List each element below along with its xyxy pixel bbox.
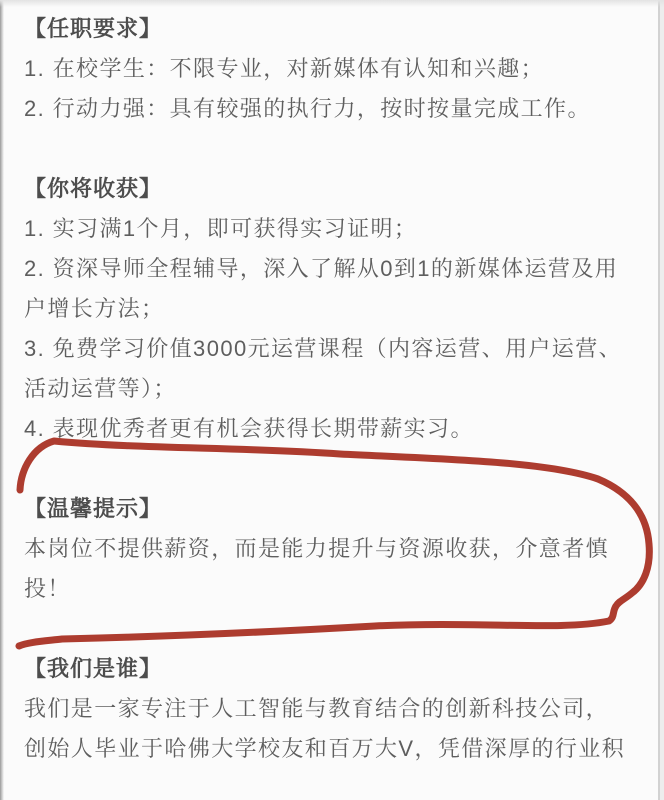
section-heading-warm-notice: 【温馨提示】 [24,489,652,529]
text-line: 创始人毕业于哈佛大学校友和百万大V，凭借深厚的行业积 [24,729,652,769]
photo-edge-left [0,0,4,800]
text-line: 4. 表现优秀者更有机会获得长期带薪实习。 [24,409,652,449]
section-heading-job-requirements: 【任职要求】 [24,9,652,49]
text-line: 3. 免费学习价值3000元运营课程（内容运营、用户运营、 [24,329,652,369]
job-posting-document: 【任职要求】 1. 在校学生：不限专业，对新媒体有认知和兴趣； 2. 行动力强：… [24,9,652,769]
section-heading-who-we-are: 【我们是谁】 [24,649,652,689]
section-who-we-are: 【我们是谁】 我们是一家专注于人工智能与教育结合的创新科技公司， 创始人毕业于哈… [24,649,652,769]
text-line: 1. 实习满1个月，即可获得实习证明； [24,209,652,249]
text-line: 2. 行动力强：具有较强的执行力，按时按量完成工作。 [24,89,652,129]
section-warm-notice: 【温馨提示】 本岗位不提供薪资，而是能力提升与资源收获，介意者慎 投！ [24,489,652,609]
section-what-you-gain: 【你将收获】 1. 实习满1个月，即可获得实习证明； 2. 资深导师全程辅导，深… [24,169,652,449]
text-line: 1. 在校学生：不限专业，对新媒体有认知和兴趣； [24,49,652,89]
text-line: 本岗位不提供薪资，而是能力提升与资源收获，介意者慎 [24,529,652,569]
text-line: 2. 资深导师全程辅导，深入了解从0到1的新媒体运营及用 [24,249,652,289]
photo-edge-right-line [658,0,660,800]
text-line: 我们是一家专注于人工智能与教育结合的创新科技公司， [24,689,652,729]
text-line: 投！ [24,569,652,609]
text-line: 活动运营等）； [24,369,652,409]
section-job-requirements: 【任职要求】 1. 在校学生：不限专业，对新媒体有认知和兴趣； 2. 行动力强：… [24,9,652,129]
photo-edge-top [0,0,664,7]
photo-edge-right-fill [660,0,664,800]
text-line: 户增长方法； [24,289,652,329]
section-heading-what-you-gain: 【你将收获】 [24,169,652,209]
